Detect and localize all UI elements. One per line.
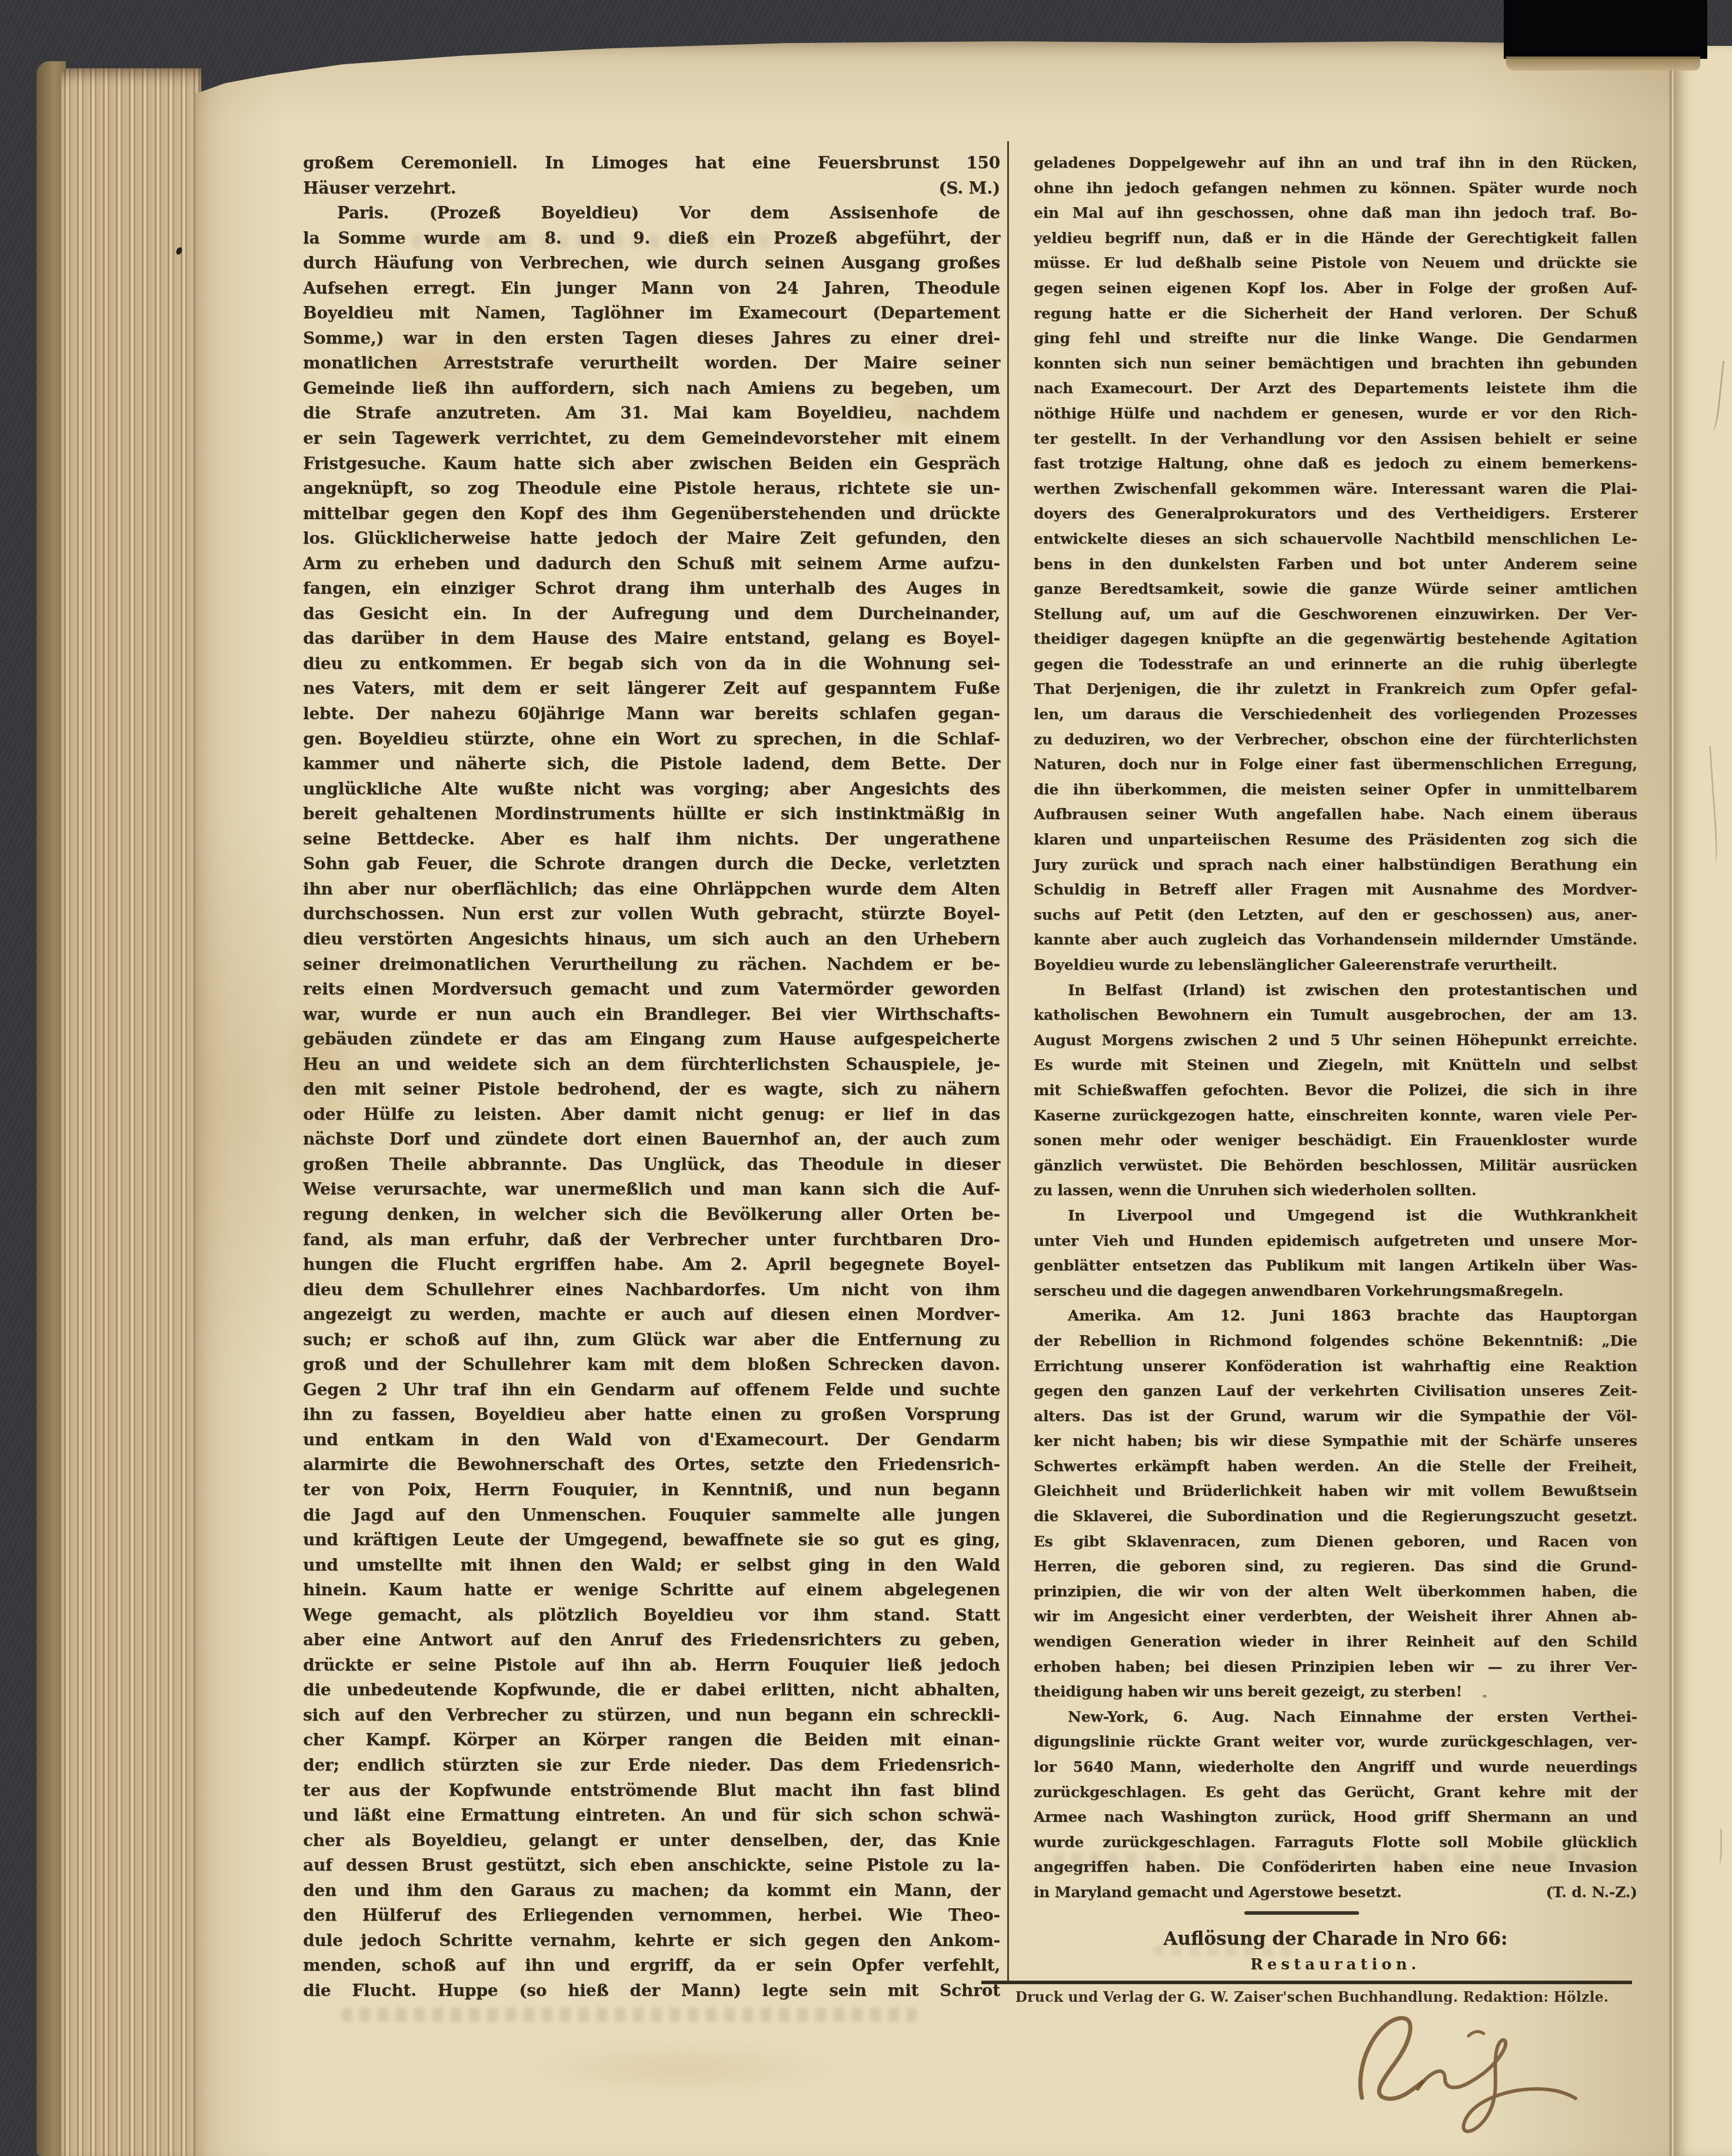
text-line: Amerika. Am 12. Juni 1863 brachte das Ha… xyxy=(1034,1303,1637,1329)
text-line: nes Vaters, mit dem er seit längerer Zei… xyxy=(303,676,1000,701)
text-line: zurückgeschlagen. Es geht das Gerücht, G… xyxy=(1034,1780,1637,1805)
text-line: müsse. Er lud deßhalb seine Pistole von … xyxy=(1034,251,1637,276)
paper-stain xyxy=(529,2042,835,2095)
text-line: werthen Zwischenfall gekommen wäre. Inte… xyxy=(1034,477,1637,502)
text-line: dule jedoch Schritte vernahm, kehrte er … xyxy=(303,1928,1000,1954)
text-line: Gemeinde ließ ihn auffordern, sich nach … xyxy=(303,376,1000,401)
page-fold-crease xyxy=(1668,47,1674,2156)
text-line: durchschossen. Nun erst zur vollen Wuth … xyxy=(303,901,1000,927)
text-line: In Belfast (Irland) ist zwischen den pro… xyxy=(1034,978,1637,1003)
text-line: los. Glücklicherweise hatte jedoch der M… xyxy=(303,526,1000,551)
text-line: Fristgesuche. Kaum hatte sich aber zwisc… xyxy=(303,451,1000,477)
text-line: New-York, 6. Aug. Nach Einnahme der erst… xyxy=(1034,1705,1637,1730)
text-column-right: geladenes Doppelgewehr auf ihn an und tr… xyxy=(1034,151,1637,1905)
text-line: dieu dem Schullehrer eines Nachbardorfes… xyxy=(303,1277,1000,1303)
text-line: großem Ceremoniell. In Limoges hat eine … xyxy=(303,151,1000,176)
text-line: regung denken, in welcher sich die Bevöl… xyxy=(303,1202,1000,1227)
text-line: den und ihm den Garaus zu machen; da kom… xyxy=(303,1878,1000,1904)
text-line: gegen die Todesstrafe an und erinnerte a… xyxy=(1034,652,1637,677)
text-line: ein Mal auf ihn geschossen, ohne daß man… xyxy=(1034,201,1637,226)
text-line: durch Häufung von Verbrechen, wie durch … xyxy=(303,251,1000,276)
text-line: ihn zu fassen, Boyeldieu aber hatte eine… xyxy=(303,1402,1000,1428)
text-line: gänzlich verwüstet. Die Behörden beschlo… xyxy=(1034,1153,1637,1179)
text-line: und läßt eine Ermattung eintreten. An un… xyxy=(303,1803,1000,1828)
text-line: die Strafe anzutreten. Am 31. Mai kam Bo… xyxy=(303,401,1000,426)
text-line: drückte er seine Pistole auf ihn ab. Her… xyxy=(303,1653,1000,1678)
text-line: wendigen Generation wieder in ihrer Rein… xyxy=(1034,1629,1637,1655)
book-page-edges xyxy=(61,68,201,2156)
text-line: sonen mehr oder weniger beschädigt. Ein … xyxy=(1034,1128,1637,1153)
text-line: Aufsehen erregt. Ein junger Mann von 24 … xyxy=(303,276,1000,301)
text-line: That Derjenigen, die ihr zuletzt in Fran… xyxy=(1034,677,1637,702)
text-line: zu deduziren, wo der Verbrecher, obschon… xyxy=(1034,727,1637,753)
text-line: die Jagd auf den Unmenschen. Fouquier sa… xyxy=(303,1503,1000,1528)
line-source-credit: (T. d. N.-Z.) xyxy=(1546,1880,1637,1905)
text-line: nach Examecourt. Der Arzt des Departemen… xyxy=(1034,376,1637,401)
text-line: Kaserne zurückgezogen hatte, einschreite… xyxy=(1034,1103,1637,1129)
text-line: theidiger dagegen knüpfte an die gegenwä… xyxy=(1034,627,1637,652)
text-line: Errichtung unserer Konföderation ist wah… xyxy=(1034,1354,1637,1379)
text-line: In Liverpool und Umgegend ist die Wuthkr… xyxy=(1034,1203,1637,1229)
ink-bleedthrough xyxy=(341,2008,918,2022)
text-line: die ihn überkommen, die meisten seiner O… xyxy=(1034,777,1637,803)
text-line: len, um daraus die Verschiedenheit des v… xyxy=(1034,702,1637,727)
text-line: suchs auf Petit (den Letzten, auf den er… xyxy=(1034,903,1637,928)
text-line: dieu zu entkommen. Er begab sich von da … xyxy=(303,651,1000,677)
text-line: such; er schoß auf ihn, zum Glück war ab… xyxy=(303,1327,1000,1353)
text-line: Weise verursachte, war unermeßlich und m… xyxy=(303,1177,1000,1202)
line-source-credit: (S. M.) xyxy=(938,176,1000,201)
text-line: August Morgens zwischen 2 und 5 Uhr sein… xyxy=(1034,1028,1637,1053)
text-line: yeldieu begriff nun, daß er in die Hände… xyxy=(1034,226,1637,251)
text-line: doyers des Generalprokurators und des Ve… xyxy=(1034,501,1637,527)
text-line: ohne ihn jedoch gefangen nehmen zu könne… xyxy=(1034,176,1637,201)
text-line: genblätter entsetzen das Publikum mit la… xyxy=(1034,1253,1637,1279)
text-line: auf dessen Brust gestützt, sich eben ans… xyxy=(303,1853,1000,1878)
text-line: dieu verstörten Angesichts hinaus, um si… xyxy=(303,927,1000,952)
handwritten-signature xyxy=(1330,2001,1588,2148)
text-line: reits einen Mordversuch gemacht und zum … xyxy=(303,977,1000,1002)
text-line: Somme,) war in den ersten Tagen dieses J… xyxy=(303,326,1000,351)
text-line: monatlichen Arreststrafe verurtheilt wor… xyxy=(303,351,1000,376)
text-line: mit Schießwaffen gefochten. Bevor die Po… xyxy=(1034,1078,1637,1103)
text-line: die Flucht. Huppe (so hieß der Mann) leg… xyxy=(303,1978,1000,2004)
text-line: cher als Boyeldieu, gelangt er unter den… xyxy=(303,1828,1000,1854)
text-line: Es gibt Sklavenracen, zum Dienen geboren… xyxy=(1034,1529,1637,1555)
text-line: war, wurde er nun auch ein Brandleger. B… xyxy=(303,1002,1000,1027)
text-line: Sohn gab Feuer, die Schrote drangen durc… xyxy=(303,851,1000,877)
text-line: oder Hülfe zu leisten. Aber damit nicht … xyxy=(303,1102,1000,1127)
text-line: Herren, die geboren sind, zu regieren. D… xyxy=(1034,1554,1637,1579)
text-line: bereit gehaltenen Mordinstruments hüllte… xyxy=(303,801,1000,827)
text-line: ganze Beredtsamkeit, sowie die ganze Wür… xyxy=(1034,577,1637,602)
text-line: ker nicht haben; bis wir diese Sympathie… xyxy=(1034,1429,1637,1454)
text-line: katholischen Bewohnern ein Tumult ausgeb… xyxy=(1034,1003,1637,1028)
line-text: Häuser verzehrt. xyxy=(303,176,456,201)
text-column-left: großem Ceremoniell. In Limoges hat eine … xyxy=(303,151,1000,2003)
text-line: nächste Dorf und zündete dort einen Baue… xyxy=(303,1127,1000,1152)
text-line: den mit seiner Pistole bedrohend, der es… xyxy=(303,1077,1000,1102)
text-line: hinein. Kaum hatte er wenige Schritte au… xyxy=(303,1578,1000,1603)
text-line: cher Kampf. Körper an Körper rangen die … xyxy=(303,1728,1000,1753)
text-line: seine Bettdecke. Aber es half ihm nichts… xyxy=(303,827,1000,852)
text-line: Naturen, doch nur in Folge einer fast üb… xyxy=(1034,752,1637,777)
text-line: la Somme wurde am 8. und 9. dieß ein Pro… xyxy=(303,226,1000,251)
section-separator-rule xyxy=(1244,1911,1359,1915)
text-line: ging fehl und streifte nur die linke Wan… xyxy=(1034,326,1637,351)
charade-solution-word: Restauration. xyxy=(1034,1956,1637,1974)
text-line: kannte aber auch zugleich das Vorhandens… xyxy=(1034,927,1637,953)
text-line: nöthige Hülfe und nachdem er genesen, wu… xyxy=(1034,401,1637,427)
text-line: und kräftigen Leute der Umgegend, bewaff… xyxy=(303,1528,1000,1553)
footer-rule xyxy=(981,1981,1632,1984)
text-line: Aufbrausen seiner Wuth angefallen habe. … xyxy=(1034,802,1637,827)
text-line: Boyeldieu wurde zu lebenslänglicher Gale… xyxy=(1034,953,1637,978)
text-line: wir im Angesicht einer verderbten, der W… xyxy=(1034,1604,1637,1629)
text-line: Paris. (Prozeß Boyeldieu) Vor dem Assise… xyxy=(303,201,1000,226)
text-line: zu lassen, wenn die Unruhen sich wiederh… xyxy=(1034,1178,1637,1203)
text-line: klaren und unparteiischen Resume des Prä… xyxy=(1034,827,1637,853)
text-line: ter von Poix, Herrn Fouquier, in Kenntni… xyxy=(303,1478,1000,1503)
margin-pencil-mark xyxy=(1714,1829,1722,1864)
text-line: entwickelte dieses an sich schauervolle … xyxy=(1034,527,1637,552)
text-line: wurde zurückgeschlagen. Farraguts Flotte… xyxy=(1034,1830,1637,1855)
text-line: angeknüpft, so zog Theodule eine Pistole… xyxy=(303,476,1000,501)
text-line: seiner dreimonatlichen Verurtheilung zu … xyxy=(303,952,1000,977)
text-line: hungen die Flucht ergriffen habe. Am 2. … xyxy=(303,1252,1000,1277)
text-line: groß und der Schullehrer kam mit dem blo… xyxy=(303,1352,1000,1378)
text-line: er sein Tagewerk verrichtet, zu dem Geme… xyxy=(303,426,1000,451)
text-line: die unbedeutende Kopfwunde, die er dabei… xyxy=(303,1678,1000,1703)
text-line: fangen, ein einziger Schrot drang ihm un… xyxy=(303,576,1000,601)
text-line: Schwertes erkämpft haben werden. An die … xyxy=(1034,1454,1637,1479)
text-line: Heu an und weidete sich an dem fürchterl… xyxy=(303,1052,1000,1077)
scanned-book-page: großem Ceremoniell. In Limoges hat eine … xyxy=(0,0,1732,2156)
text-line: gen. Boyeldieu stürzte, ohne ein Wort zu… xyxy=(303,727,1000,752)
text-line: fast trotzige Haltung, ohne daß es jedoc… xyxy=(1034,451,1637,477)
text-line: geladenes Doppelgewehr auf ihn an und tr… xyxy=(1034,151,1637,176)
column-divider-rule xyxy=(1007,141,1009,1984)
text-line: erhoben haben; bei diesen Prinzipien leb… xyxy=(1034,1655,1637,1680)
text-line: Boyeldieu mit Namen, Taglöhner im Examec… xyxy=(303,301,1000,326)
text-line: und entkam in den Wald von d'Examecourt.… xyxy=(303,1428,1000,1453)
text-line: großen Theile abbrannte. Das Unglück, da… xyxy=(303,1152,1000,1177)
text-line: alarmirte die Bewohnerschaft des Ortes, … xyxy=(303,1452,1000,1478)
text-line: Schuldig in Betreff aller Fragen mit Aus… xyxy=(1034,877,1637,903)
text-line: angezeigt zu werden, machte er auch auf … xyxy=(303,1302,1000,1327)
text-line: Es wurde mit Steinen und Ziegeln, mit Kn… xyxy=(1034,1053,1637,1078)
text-line: gegen seinen eigenen Kopf los. Aber in F… xyxy=(1034,276,1637,301)
page-corner-curl xyxy=(1506,56,1700,71)
text-line: menden, schoß auf ihn und ergriff, da er… xyxy=(303,1953,1000,1978)
text-line: ihn aber nur oberflächlich; das eine Ohr… xyxy=(303,877,1000,902)
text-line: prinzipien, die wir von der alten Welt ü… xyxy=(1034,1579,1637,1605)
charade-solution-heading: Auflösung der Charade in Nro 66: xyxy=(1034,1928,1637,1949)
text-line: kammer und näherte sich, die Pistole lad… xyxy=(303,751,1000,777)
text-line: gegen den ganzen Lauf der verkehrten Civ… xyxy=(1034,1379,1637,1404)
text-line: mittelbar gegen den Kopf des ihm Gegenüb… xyxy=(303,501,1000,527)
text-line: Häuser verzehrt.(S. M.) xyxy=(303,176,1000,201)
text-line: sich auf den Verbrecher zu stürzen, und … xyxy=(303,1703,1000,1728)
text-line: aber eine Antwort auf den Anruf des Frie… xyxy=(303,1628,1000,1653)
text-line: fand, als man erfuhr, daß der Verbrecher… xyxy=(303,1227,1000,1253)
text-line: Stellung auf, um auf die Geschworenen ei… xyxy=(1034,602,1637,627)
text-line: gebäuden zündete er das am Eingang zum H… xyxy=(303,1027,1000,1052)
text-line: Wege gemacht, als plötzlich Boyeldieu vo… xyxy=(303,1603,1000,1628)
text-line: serscheu und die dagegen anwendbaren Vor… xyxy=(1034,1279,1637,1304)
text-line: regung hatte er die Sicherheit der Hand … xyxy=(1034,301,1637,327)
text-line: Gegen 2 Uhr traf ihn ein Gendarm auf off… xyxy=(303,1378,1000,1403)
text-line: den Hülferuf des Erliegenden vernommen, … xyxy=(303,1903,1000,1928)
text-line: unter Vieh und Hunden epidemisch aufgetr… xyxy=(1034,1229,1637,1254)
text-line: und umstellte mit ihnen den Wald; er sel… xyxy=(303,1553,1000,1578)
text-line: Arm zu erheben und dadurch den Schuß mit… xyxy=(303,551,1000,577)
text-line: das Gesicht ein. In der Aufregung und de… xyxy=(303,601,1000,627)
line-text: in Maryland gemacht und Agerstowe besetz… xyxy=(1034,1880,1402,1905)
text-line: das darüber in dem Hause des Maire entst… xyxy=(303,626,1000,651)
text-line: in Maryland gemacht und Agerstowe besetz… xyxy=(1034,1880,1637,1905)
text-line: Gleichheit und Brüderlichkeit haben wir … xyxy=(1034,1479,1637,1504)
text-line: die Sklaverei, die Subordination und die… xyxy=(1034,1504,1637,1529)
text-line: digungslinie rückte Grant weiter vor, wu… xyxy=(1034,1729,1637,1755)
text-line: bens in den dunkelsten Farben und bot un… xyxy=(1034,552,1637,577)
text-line: alters. Das ist der Grund, warum wir die… xyxy=(1034,1404,1637,1429)
text-line: konnten sich nun seiner bemächtigen und … xyxy=(1034,351,1637,377)
text-line: Armee nach Washington zurück, Hood griff… xyxy=(1034,1805,1637,1830)
text-line: unglückliche Alte wußte nicht was vorgin… xyxy=(303,777,1000,802)
text-line: lor 5640 Mann, wiederholte den Angriff u… xyxy=(1034,1755,1637,1780)
text-line: der Rebellion in Richmond folgendes schö… xyxy=(1034,1329,1637,1354)
text-line: ter aus der Kopfwunde entströmende Blut … xyxy=(303,1778,1000,1804)
text-line: ter gestellt. In der Verhandlung vor den… xyxy=(1034,427,1637,452)
text-line: der; endlich stürzten sie zur Erde niede… xyxy=(303,1753,1000,1778)
text-line: lebte. Der nahezu 60jährige Mann war ber… xyxy=(303,701,1000,727)
text-line: angegriffen haben. Die Conföderirten hab… xyxy=(1034,1855,1637,1880)
text-line: Jury zurück und sprach nach einer halbst… xyxy=(1034,853,1637,878)
scanner-black-mark xyxy=(1504,0,1707,59)
text-line: theidigung haben wir uns bereit gezeigt,… xyxy=(1034,1679,1637,1705)
